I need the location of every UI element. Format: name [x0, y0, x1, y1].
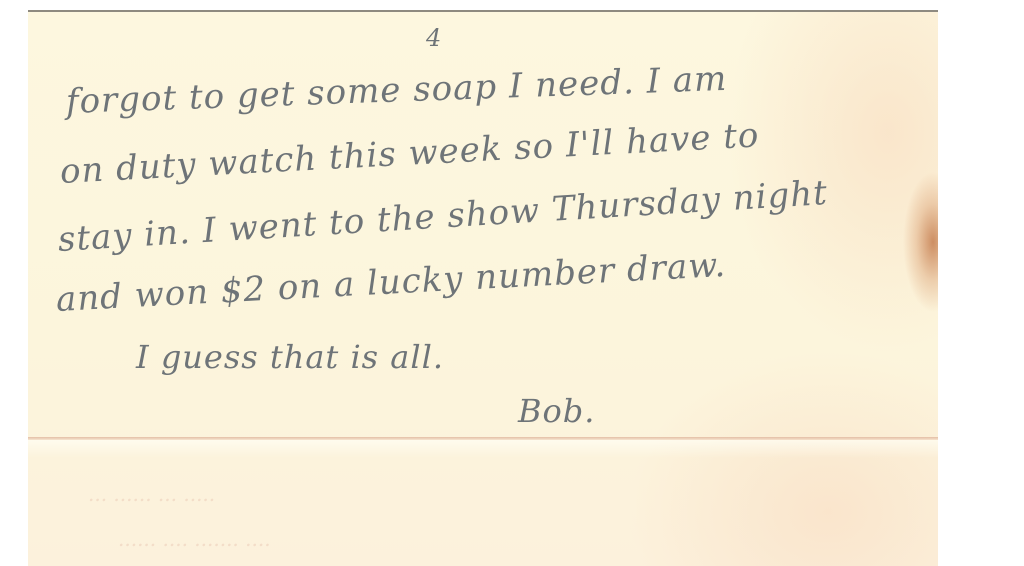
letter-line: forgot to get some soap I need. I am	[65, 59, 728, 122]
letter-line: on duty watch this week so I'll have to	[59, 115, 760, 192]
bleed-through-text: ...... .... ....... ....	[118, 527, 271, 551]
signature: Bob.	[518, 392, 595, 430]
page-number: 4	[426, 24, 442, 52]
letter-line: and won $2 on a lucky number draw.	[55, 245, 727, 320]
closing-line: I guess that is all.	[136, 338, 444, 376]
fold-shadow	[28, 440, 938, 458]
bleed-through-text: ... ...... ... .....	[88, 482, 215, 506]
letter-page: ... ...... ... ..... ...... .... .......…	[28, 10, 938, 566]
